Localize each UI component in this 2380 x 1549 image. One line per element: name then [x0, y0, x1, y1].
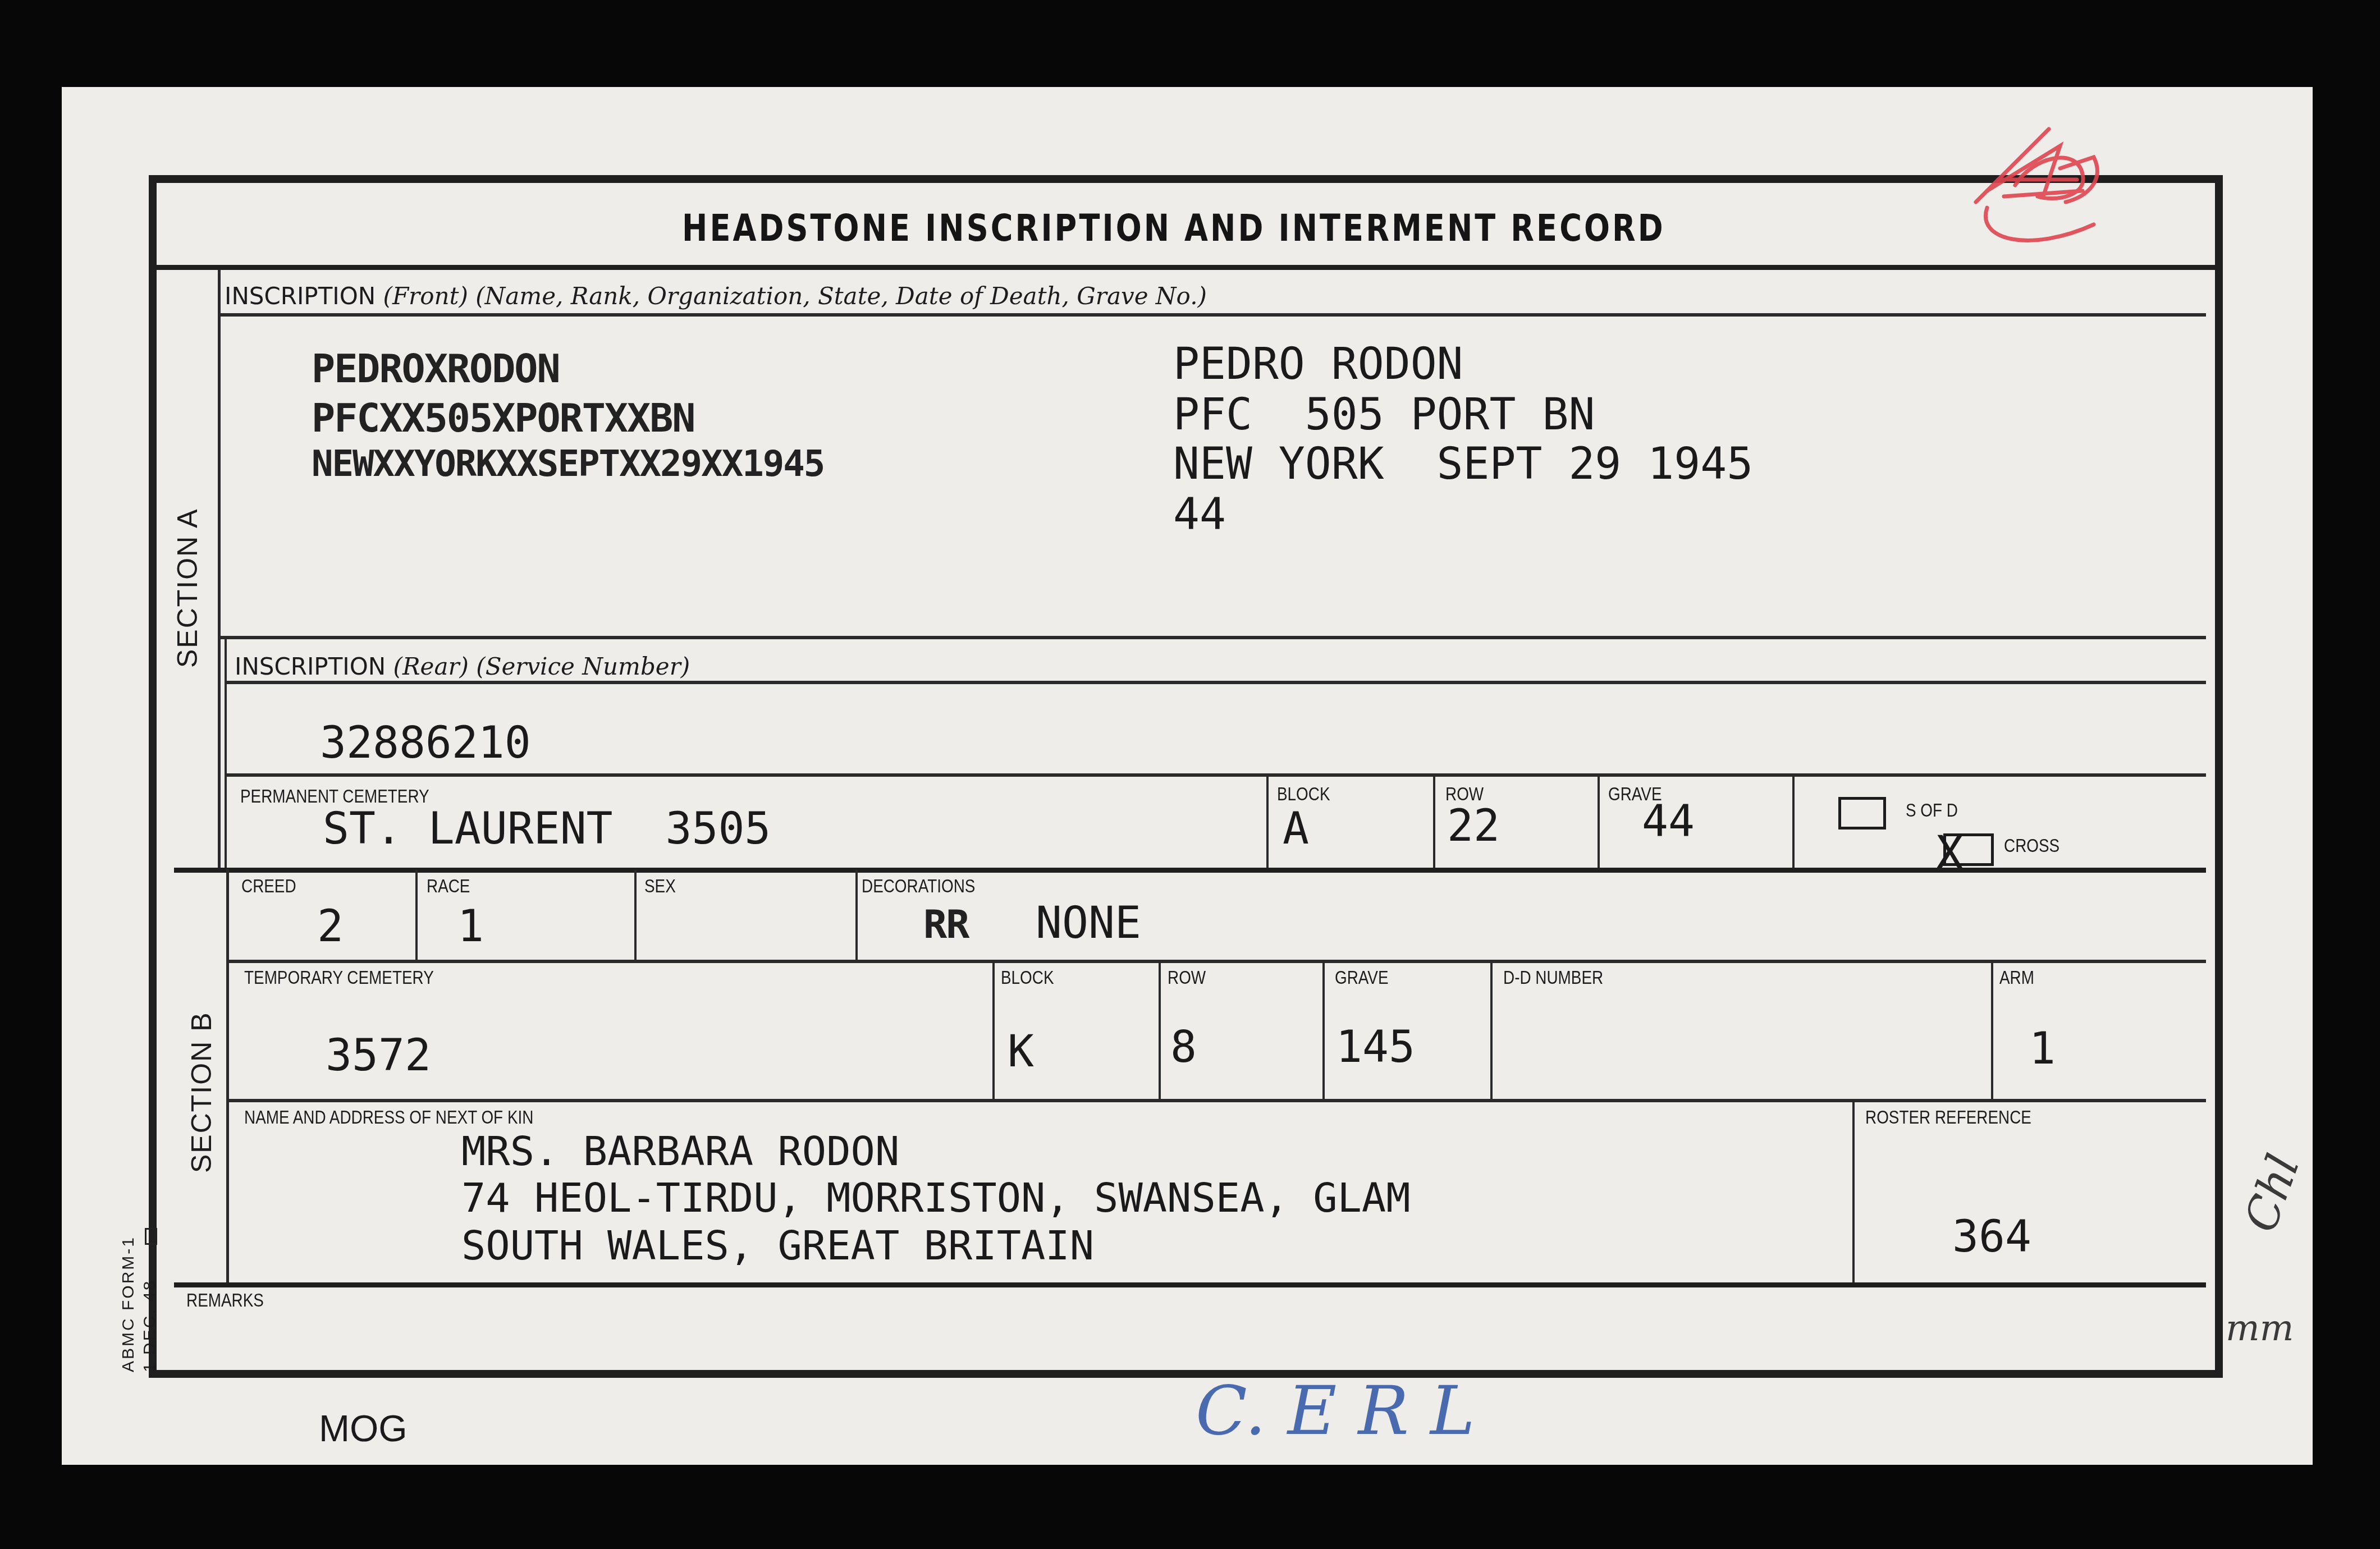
- struck-inscription-line: PFCXX505XPORTXXBN: [312, 398, 694, 438]
- perm-block-value: A: [1283, 807, 1309, 851]
- bottom-typed-code: MOG: [319, 1410, 408, 1447]
- margin-pencil-note: mm: [2226, 1308, 2294, 1349]
- divider: [1490, 961, 1493, 1100]
- form-id-line1: ABMC FORM-1: [119, 1236, 138, 1372]
- creed-value: 2: [317, 905, 344, 948]
- divider: [174, 1282, 2206, 1287]
- creed-label: CREED: [241, 876, 296, 897]
- decorations-struck: RR: [923, 905, 968, 944]
- blue-handwritten-initials: C. E R L: [1196, 1372, 1475, 1450]
- s-of-d-label: S OF D: [1906, 800, 1958, 822]
- divider: [855, 870, 858, 961]
- temp-row-value: 8: [1170, 1025, 1197, 1069]
- dd-number-label: D-D NUMBER: [1503, 967, 1603, 989]
- race-value: 1: [457, 905, 484, 948]
- section-divider: [174, 868, 2206, 873]
- inscription-line-grave: 44: [1173, 493, 1226, 537]
- divider: [1433, 774, 1435, 869]
- next-of-kin-line: MRS. BARBARA RODON: [461, 1131, 899, 1171]
- perm-block-label: BLOCK: [1277, 783, 1330, 805]
- divider: [415, 870, 418, 961]
- inscription-front-label: INSCRIPTION (Front) (Name, Rank, Organiz…: [225, 282, 1207, 310]
- divider: [1266, 774, 1269, 869]
- divider: [992, 961, 995, 1100]
- inscription-line-state-date: NEW YORK SEPT 29 1945: [1173, 442, 1753, 486]
- next-of-kin-line: SOUTH WALES, GREAT BRITAIN: [461, 1225, 1094, 1266]
- temp-block-value: K: [1008, 1030, 1034, 1074]
- inscription-rear-label: INSCRIPTION (Rear) (Service Number): [235, 653, 690, 680]
- divider: [1322, 961, 1325, 1100]
- divider: [1792, 774, 1795, 869]
- divider: [219, 636, 2206, 639]
- perm-row-value: 22: [1447, 804, 1500, 848]
- arm-label: ARM: [1999, 967, 2034, 989]
- decorations-label: DECORATIONS: [862, 876, 975, 897]
- divider: [1991, 961, 1993, 1100]
- permanent-cemetery-value: ST. LAURENT 3505: [323, 807, 771, 851]
- divider: [149, 265, 2223, 270]
- sex-label: SEX: [644, 876, 676, 897]
- form-id-box-icon: [145, 1228, 157, 1245]
- arm-value: 1: [2029, 1027, 2056, 1071]
- divider: [634, 870, 637, 961]
- section-b-label: SECTION B: [185, 1012, 218, 1173]
- cross-label: CROSS: [2004, 835, 2059, 857]
- temp-grave-label: GRAVE: [1335, 967, 1389, 989]
- service-number: 32886210: [320, 721, 531, 765]
- form-id-line2: 1 DEC. 48: [140, 1280, 159, 1372]
- roster-reference-value: 364: [1952, 1215, 2031, 1259]
- temp-row-label: ROW: [1168, 967, 1206, 989]
- form-title: HEADSTONE INSCRIPTION AND INTERMENT RECO…: [682, 207, 1665, 250]
- temporary-cemetery-label: TEMPORARY CEMETERY: [244, 967, 434, 989]
- red-pencil-mark-icon: [1965, 112, 2155, 258]
- divider: [226, 869, 229, 1285]
- temporary-cemetery-value: 3572: [326, 1034, 431, 1078]
- decorations-value: NONE: [1036, 901, 1141, 945]
- divider: [1598, 774, 1600, 869]
- divider: [218, 269, 221, 869]
- race-label: RACE: [427, 876, 470, 897]
- divider: [1852, 1101, 1855, 1285]
- section-a-label: SECTION A: [171, 508, 204, 668]
- perm-grave-value: 44: [1642, 800, 1695, 844]
- remarks-label: REMARKS: [186, 1290, 264, 1312]
- divider: [227, 1099, 2206, 1102]
- temp-block-label: BLOCK: [1001, 967, 1054, 989]
- next-of-kin-line: 74 HEOL-TIRDU, MORRISTON, SWANSEA, GLAM: [461, 1177, 1411, 1218]
- temp-grave-value: 145: [1336, 1025, 1415, 1069]
- divider: [1159, 961, 1161, 1100]
- inscription-line-name: PEDRO RODON: [1173, 342, 1463, 386]
- divider: [226, 773, 2206, 777]
- roster-reference-label: ROSTER REFERENCE: [1865, 1107, 2031, 1129]
- struck-inscription-line: NEWXXYORKXXSEPTXX29XX1945: [312, 446, 824, 482]
- s-of-d-checkbox[interactable]: [1838, 797, 1886, 830]
- next-of-kin-label: NAME AND ADDRESS OF NEXT OF KIN: [244, 1107, 533, 1129]
- divider: [219, 313, 2206, 317]
- divider: [227, 960, 2206, 963]
- inscription-line-rank-unit: PFC 505 PORT BN: [1173, 393, 1595, 437]
- divider: [225, 637, 227, 869]
- struck-inscription-line: PEDROXRODON: [312, 349, 560, 388]
- divider: [226, 681, 2206, 684]
